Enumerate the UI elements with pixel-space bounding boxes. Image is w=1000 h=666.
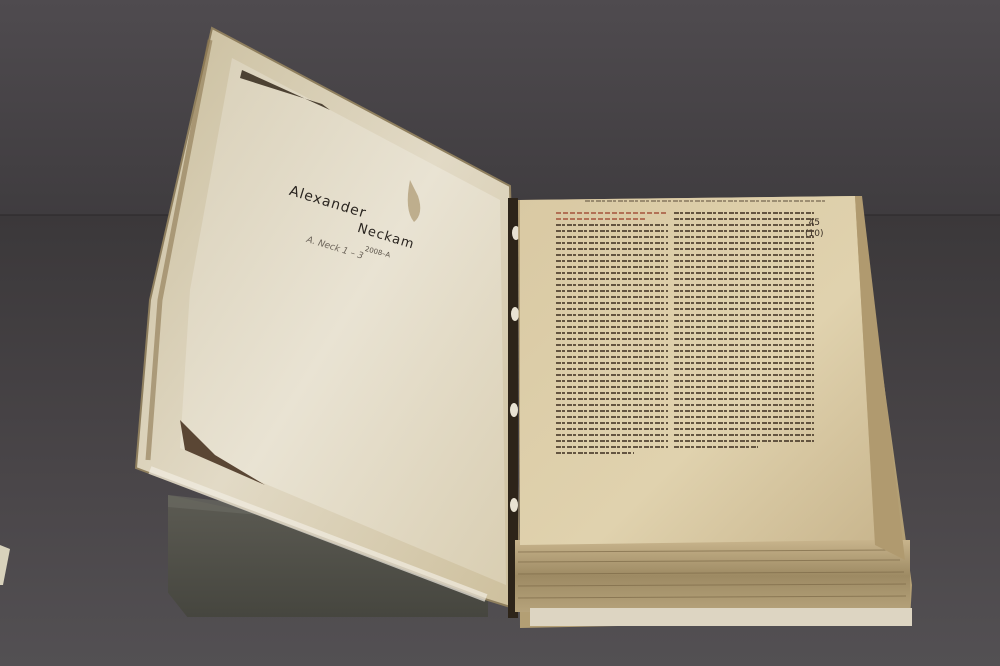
folio-number: 45 (10) <box>805 218 823 240</box>
manuscript-illustration <box>0 0 1000 666</box>
text-column-left <box>556 212 668 458</box>
left-cover <box>136 28 520 610</box>
text-column-right <box>674 212 814 452</box>
folio-number-primary: 45 <box>805 218 823 229</box>
header-line <box>585 200 825 206</box>
folio-number-secondary: (10) <box>805 229 823 240</box>
